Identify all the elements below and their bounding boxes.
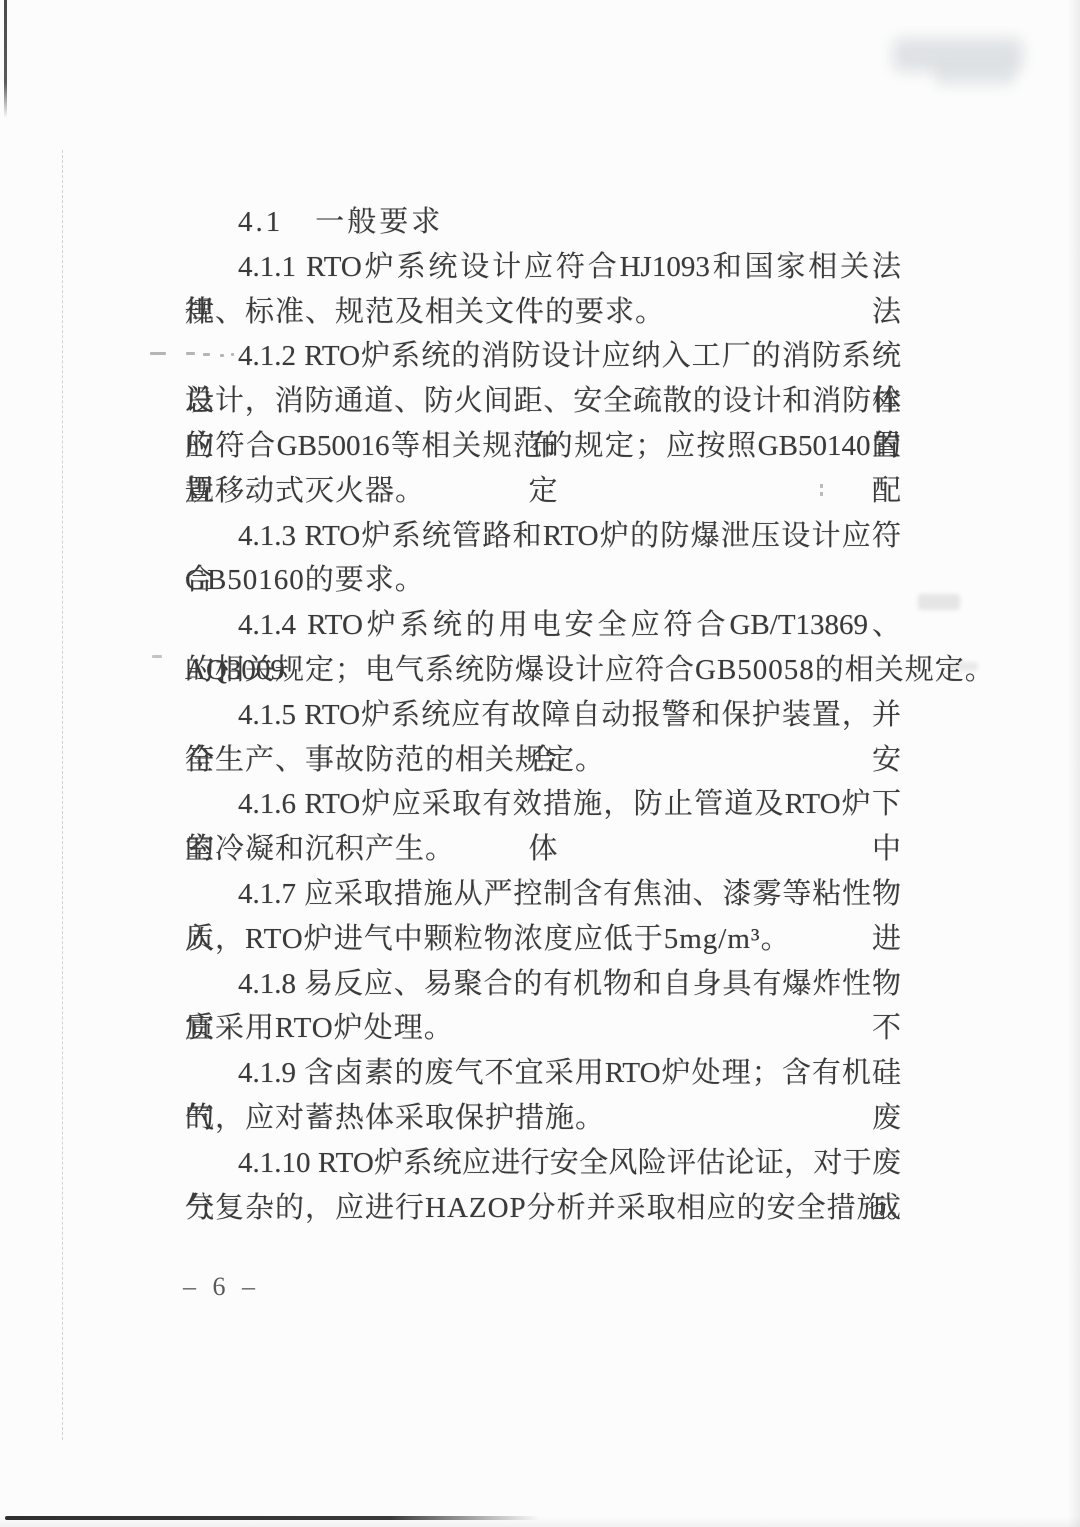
clause-4.1.2-line-2: 设计，消防通道、防火间距、安全疏散的设计和消防栓的布置 (185, 379, 901, 424)
clause-4.1.3-line-1: 4.1.3 RTO炉系统管路和RTO炉的防爆泄压设计应符合 (185, 514, 901, 559)
scan-artifact-dash (150, 352, 166, 355)
page-edge-shading-bottom (0, 1517, 1080, 1527)
clause-4.1.10-line-1: 4.1.10 RTO炉系统应进行安全风险评估论证，对于废气成 (185, 1141, 901, 1186)
clause-4.1.9-line-1: 4.1.9 含卤素的废气不宜采用RTO炉处理；含有机硅的废 (185, 1051, 901, 1096)
clause-4.1.4-line-1: 4.1.4 RTO炉系统的用电安全应符合GB/T13869、AQ3009 (185, 603, 901, 648)
scan-artifact-dash (152, 655, 162, 658)
document-text: 4.1 一般要求4.1.1 RTO炉系统设计应符合HJ1093和国家相关法律、法… (185, 200, 901, 1230)
clause-4.1.5-line-1: 4.1.5 RTO炉系统应有故障自动报警和保护装置，并符合安 (185, 693, 901, 738)
page-number: – 6 – (183, 1272, 260, 1302)
clause-4.1.10-line-2: 分复杂的，应进行HAZOP分析并采取相应的安全措施。 (185, 1186, 901, 1231)
clause-4.1.2-line-3: 应符合GB50016等相关规范的规定；应按照GB50140的规定配 (185, 424, 901, 469)
page-edge-shading-right (1068, 0, 1080, 1527)
clause-4.1.4-line-2: 的相关规定；电气系统防爆设计应符合GB50058的相关规定。 (185, 648, 901, 693)
clause-4.1.2-line-1: 4.1.2 RTO炉系统的消防设计应纳入工厂的消防系统总体 (185, 334, 901, 379)
clause-4.1.1-line-1: 4.1.1 RTO炉系统设计应符合HJ1093和国家相关法律、法 (185, 245, 901, 290)
scan-artifact-speck (918, 594, 960, 610)
scanned-document-page: 4.1 一般要求4.1.1 RTO炉系统设计应符合HJ1093和国家相关法律、法… (0, 0, 1080, 1527)
clause-4.1.3-line-2: GB50160的要求。 (185, 558, 901, 603)
scan-artifact-watermark (935, 64, 1015, 86)
scan-artifact-fold-line (62, 150, 63, 1440)
scan-artifact-top-left-line (4, 0, 7, 118)
scan-artifact-watermark (893, 38, 1023, 72)
clause-4.1.8-line-1: 4.1.8 易反应、易聚合的有机物和自身具有爆炸性物质不 (185, 962, 901, 1007)
clause-4.1.6-line-1: 4.1.6 RTO炉应采取有效措施，防止管道及RTO炉下室体中 (185, 782, 901, 827)
section-heading: 4.1 一般要求 (185, 200, 901, 245)
clause-4.1.7-line-1: 4.1.7 应采取措施从严控制含有焦油、漆雾等粘性物质进 (185, 872, 901, 917)
